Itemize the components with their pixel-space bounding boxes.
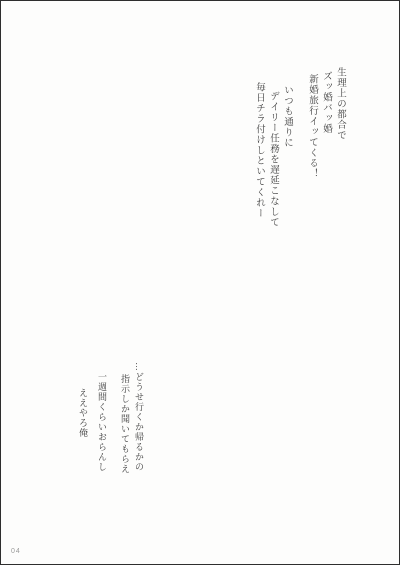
vertical-text-line: 指示しか聞いてもらえ [118,359,132,459]
vertical-text-line: 新婚旅行イッてくる！ [305,65,319,255]
vertical-text-line: いつも通りに [280,65,294,255]
page-number: 04 [11,548,21,555]
scanned-manga-page: 生理上の都合で ズッ婚バッ婚 新婚旅行イッてくる！ いつも通りに デイリー任務を… [0,0,400,565]
vertical-text-line: デイリー任務を遅延こなして [266,65,280,255]
vertical-text-line: ええやろ俺 [76,359,90,459]
vertical-text-line: 一週間くらいおらんし [95,359,109,459]
handwritten-text-block-bottom-left: …どうせ行くか帰るかの 指示しか聞いてもらえ 一週間くらいおらんし ええやろ俺 [76,359,146,459]
vertical-text-line: 毎日チラ付けしといてくれー [252,65,266,255]
vertical-text-line: 生理上の都合で [333,65,347,255]
vertical-text-line: …どうせ行くか帰るかの [132,359,146,459]
vertical-text-line: ズッ婚バッ婚 [319,65,333,255]
handwritten-text-block-top-right: 生理上の都合で ズッ婚バッ婚 新婚旅行イッてくる！ いつも通りに デイリー任務を… [252,65,347,255]
